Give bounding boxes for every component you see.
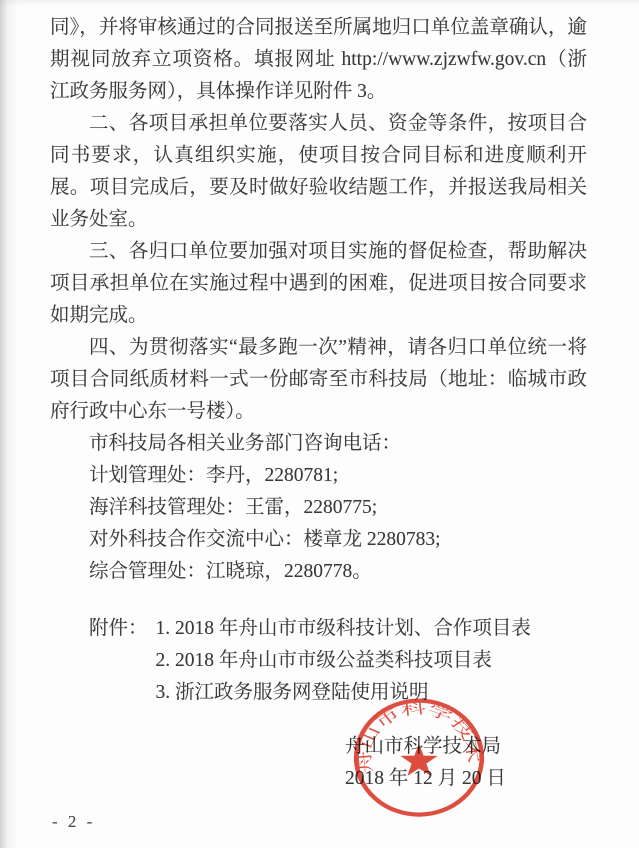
paragraph-item-2: 二、各项目承担单位要落实人员、资金等条件，按项目合同书要求，认真组织实施，使项目… [50,108,587,236]
contact-line: 海洋科技管理处：王雷，2280775; [50,492,587,524]
document-body: 同》，并将审核通过的合同报送至所属地归口单位盖章确认，逾期视同放弃立项资格。填报… [50,12,587,795]
contact-line: 计划管理处：李丹，2280781; [50,460,587,492]
attachment-item: 3. 浙江政务服务网登陆使用说明 [156,677,531,709]
scanned-document-page: 同》，并将审核通过的合同报送至所属地归口单位盖章确认，逾期视同放弃立项资格。填报… [0,0,639,848]
paragraph-item-3: 三、各归口单位要加强对项目实施的督促检查，帮助解决项目承担单位在实施过程中遇到的… [50,236,587,332]
signature-agency: 舟山市科学技术局 [345,731,587,763]
paragraph-item-4: 四、为贯彻落实“最多跑一次”精神，请各归口单位统一将项目合同纸质材料一式一份邮寄… [50,332,587,428]
paragraph-continuation: 同》，并将审核通过的合同报送至所属地归口单位盖章确认，逾期视同放弃立项资格。填报… [50,12,587,108]
page-number: - 2 - [52,810,95,834]
signature-date: 2018 年 12 月 20 日 [345,763,587,795]
attachment-item: 2. 2018 年舟山市市级公益类科技项目表 [156,645,531,677]
attachments-list: 1. 2018 年舟山市市级科技计划、合作项目表 2. 2018 年舟山市市级公… [156,613,531,709]
contact-intro-line: 市科技局各相关业务部门咨询电话： [50,428,587,460]
attachments-block: 附件： 1. 2018 年舟山市市级科技计划、合作项目表 2. 2018 年舟山… [89,613,587,709]
contact-line: 综合管理处：江晓琼，2280778。 [50,556,587,588]
attachment-item: 1. 2018 年舟山市市级科技计划、合作项目表 [156,613,531,645]
signature-block: 舟山市科学技术局 2018 年 12 月 20 日 [345,731,587,795]
contact-line: 对外科技合作交流中心：楼章龙 2280783; [50,524,587,556]
attachments-label: 附件： [89,613,148,645]
